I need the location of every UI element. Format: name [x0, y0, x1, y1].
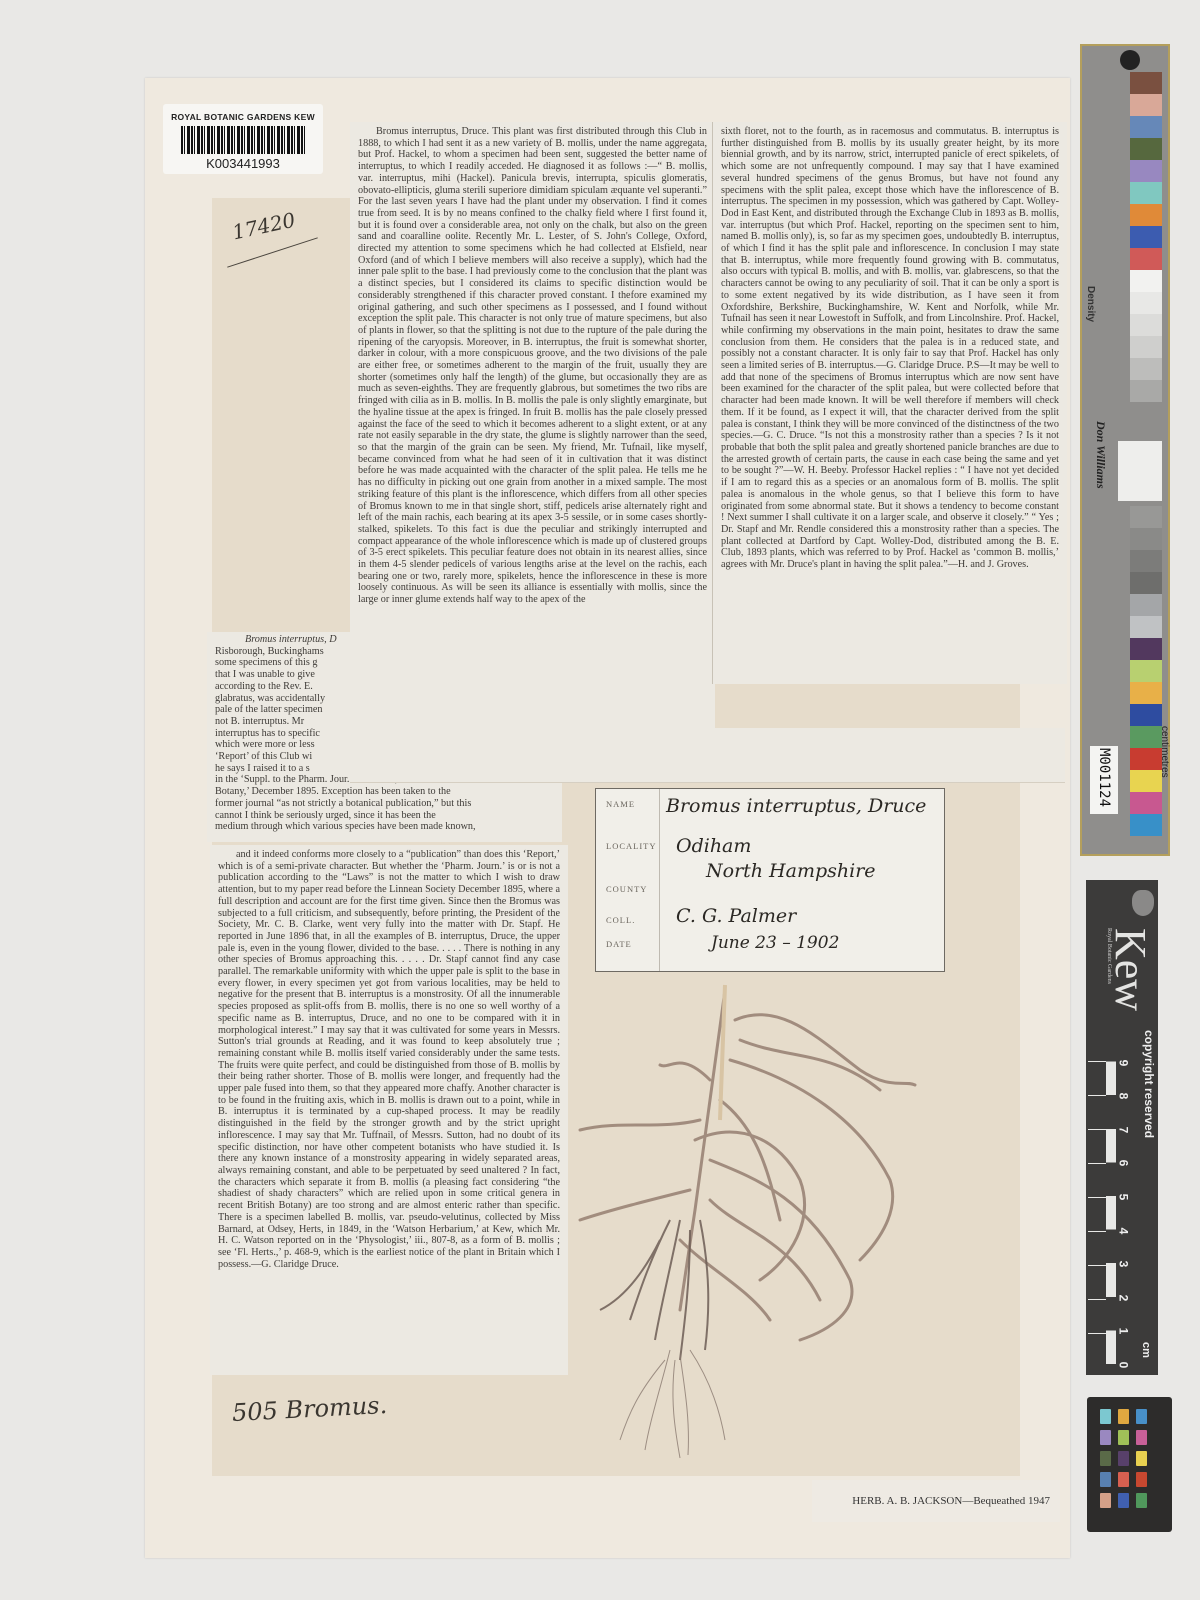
ruler-alt-bars [1106, 1028, 1116, 1364]
color-swatch [1130, 160, 1162, 182]
ruler-number: 6 [1116, 1160, 1130, 1167]
pressed-plant-specimen [560, 980, 920, 1460]
clipping-text: Bromus interruptus, Druce. This plant wa… [358, 126, 707, 606]
color-swatch [1130, 292, 1162, 314]
clip-line: according to the Rev. E. [215, 681, 554, 693]
checker-chip [1100, 1430, 1111, 1445]
color-swatch [1130, 72, 1162, 94]
label-value: June 23 – 1902 [711, 933, 839, 953]
color-swatch [1130, 704, 1162, 726]
institution-name: ROYAL BOTANIC GARDENS KEW [163, 112, 323, 122]
clip-line: glabratus, was accidentally [215, 693, 554, 705]
checker-chip [1136, 1472, 1147, 1487]
color-swatch [1130, 506, 1162, 528]
checker-chip [1100, 1409, 1111, 1424]
color-swatch [1130, 270, 1162, 292]
clip-line: that I was unable to give [215, 669, 554, 681]
clip-line: Botany,’ December 1895. Exception has be… [215, 786, 554, 798]
color-swatch [1130, 682, 1162, 704]
color-swatch [1130, 550, 1162, 572]
checker-chip [1118, 1409, 1129, 1424]
ruler-number: 3 [1116, 1261, 1130, 1268]
color-swatch [1130, 594, 1162, 616]
checker-chip [1136, 1493, 1147, 1508]
color-swatch [1130, 358, 1162, 380]
color-swatch [1130, 94, 1162, 116]
ruler-number: 0 [1116, 1362, 1130, 1369]
grass-specimen-icon [560, 980, 920, 1460]
color-swatch [1130, 204, 1162, 226]
clip-line: medium through which various species hav… [215, 821, 554, 833]
checker-chip [1136, 1409, 1147, 1424]
clip-line: Bromus interruptus, D [215, 634, 554, 646]
checker-chip [1118, 1493, 1129, 1508]
clipping-text: sixth floret, not to the fourth, as in r… [721, 126, 1059, 571]
label-key: NAME [606, 799, 635, 809]
color-swatch [1130, 572, 1162, 594]
kew-logo: Kew [1105, 928, 1156, 1011]
clip-line: Risborough, Buckinghams [215, 646, 554, 658]
ruler-number: 4 [1116, 1227, 1130, 1234]
clip-line: pale of the latter specimen [215, 704, 554, 716]
color-swatch [1130, 528, 1162, 550]
color-bar-id: M001124 [1090, 746, 1118, 814]
label-value: Odiham [676, 835, 751, 857]
label-key: LOCALITY [606, 841, 657, 851]
color-swatch [1130, 336, 1162, 358]
color-swatch [1130, 380, 1162, 402]
color-swatch [1130, 638, 1162, 660]
clip-line: not B. interruptus. Mr [215, 716, 554, 728]
color-swatch [1130, 814, 1162, 836]
ruler-number: 5 [1116, 1194, 1130, 1201]
ruler-ticks [1088, 1028, 1106, 1364]
checker-chip [1100, 1493, 1111, 1508]
clipping-main-right-column: sixth floret, not to the fourth, as in r… [712, 122, 1067, 684]
density-label: Density [1085, 286, 1096, 322]
target-patch [1118, 441, 1162, 501]
clipping-margin [350, 728, 1065, 783]
color-swatch [1130, 616, 1162, 638]
color-swatch [1130, 138, 1162, 160]
brand-text: Don Williams [1093, 421, 1108, 489]
color-swatch [1130, 116, 1162, 138]
label-key: COLL. [606, 915, 635, 925]
ruler-number: 9 [1116, 1059, 1130, 1066]
barcode-label: ROYAL BOTANIC GARDENS KEW K003441993 [163, 104, 323, 174]
color-swatch [1130, 226, 1162, 248]
color-swatch [1130, 182, 1162, 204]
checker-chip [1118, 1430, 1129, 1445]
herbarium-label: HERB. A. B. JACKSON—Bequeathed 1947 [812, 1480, 1060, 1522]
registration-dot-icon [1120, 50, 1140, 70]
checker-chip [1118, 1472, 1129, 1487]
color-swatch [1130, 792, 1162, 814]
color-calibration-bar: inches Density Don Williams M001124 cent… [1080, 44, 1170, 856]
clipping-text: and it indeed conforms more closely to a… [218, 849, 560, 1270]
clip-line: former journal “as not strictly a botani… [215, 798, 554, 810]
unit-label: cm [1140, 1342, 1152, 1358]
ruler-number: 8 [1116, 1093, 1130, 1100]
checker-chip [1136, 1430, 1147, 1445]
label-value: C. G. Palmer [676, 905, 796, 927]
color-swatch [1130, 726, 1162, 748]
ruler-numbers: 9876543210 [1118, 1028, 1140, 1364]
color-swatch [1130, 314, 1162, 336]
barcode-number: K003441993 [163, 156, 323, 171]
label-divider [659, 789, 660, 971]
kew-scale-bar: Kew Royal Botanic Gardens 9876543210 cop… [1086, 880, 1158, 1375]
checker-chip [1136, 1451, 1147, 1466]
checker-chip [1100, 1472, 1111, 1487]
label-value: Bromus interruptus, Druce [666, 795, 926, 817]
checker-chip [1118, 1451, 1129, 1466]
ruler-number: 1 [1116, 1328, 1130, 1335]
ruler-number: 7 [1116, 1126, 1130, 1133]
clip-line: some specimens of this g [215, 657, 554, 669]
crest-icon [1132, 890, 1154, 916]
color-swatch [1130, 770, 1162, 792]
color-swatch [1130, 248, 1162, 270]
centimetres-label: centimetres [1159, 726, 1170, 778]
clipping-left-lower: and it indeed conforms more closely to a… [210, 845, 568, 1375]
label-value: North Hampshire [706, 860, 876, 882]
copyright-text: copyright reserved [1142, 1030, 1156, 1138]
label-key: DATE [606, 939, 632, 949]
kew-logo-sub: Royal Botanic Gardens [1106, 928, 1112, 984]
specimen-label: NAME Bromus interruptus, Druce LOCALITY … [595, 788, 945, 972]
checker-chip [1100, 1451, 1111, 1466]
label-key: COUNTY [606, 884, 647, 894]
ruler-number: 2 [1116, 1294, 1130, 1301]
color-swatch [1130, 748, 1162, 770]
clip-line: cannot I think be seriously urged, since… [215, 810, 554, 822]
color-checker [1087, 1397, 1172, 1532]
color-swatch [1130, 660, 1162, 682]
barcode-icon [181, 126, 305, 154]
